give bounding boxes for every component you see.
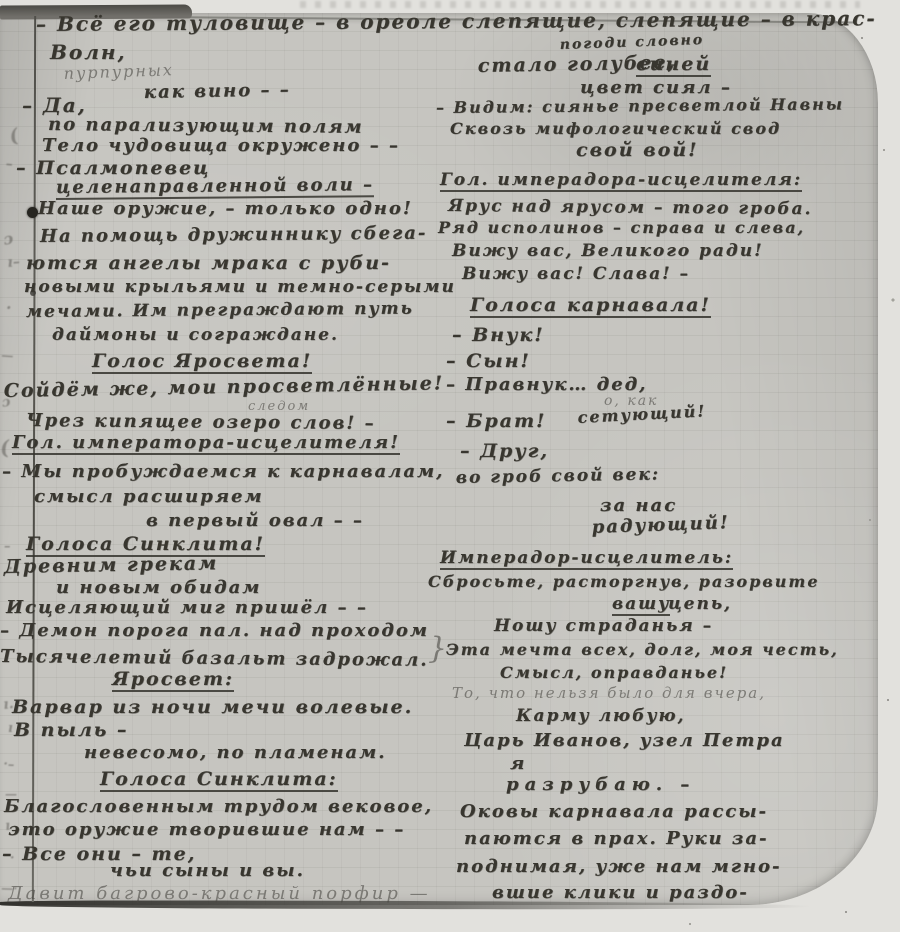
- manuscript-line: Вижу вас, Великого ради!: [452, 243, 764, 260]
- manuscript-line: Тело чудовища окружено – –: [42, 137, 400, 155]
- manuscript-line: Ношу страданья –: [494, 618, 713, 635]
- manuscript-line: новыми крыльями и темно-серыми: [24, 279, 456, 296]
- manuscript-line: Давит багрово-красный порфир —: [8, 885, 431, 903]
- manuscript-line: по парализующим полям: [48, 116, 364, 137]
- manuscript-line: На помощь дружиннику сбега-: [40, 225, 428, 246]
- manuscript-line: сетующий!: [577, 403, 707, 426]
- manuscript-line: как вино – –: [144, 81, 291, 102]
- manuscript-line: смысл расширяем: [34, 488, 264, 506]
- manuscript-line: Сбросьте, расторгнув, разорвите: [428, 574, 820, 590]
- manuscript-line: – Правнук… дед,: [446, 376, 647, 394]
- manuscript-line: в первый овал – –: [146, 512, 364, 530]
- manuscript-line: – Сын!: [446, 352, 531, 371]
- manuscript-line: разрубаю. –: [506, 776, 695, 794]
- manuscript-line: Древним грекам: [4, 554, 219, 577]
- manuscript-line: синей: [636, 55, 711, 77]
- manuscript-line: пурпурных: [63, 62, 174, 82]
- manuscript-line: поднимая, уже нам мгно-: [456, 858, 781, 876]
- manuscript-line: Волн,: [50, 42, 126, 62]
- manuscript-line: свой вой!: [576, 141, 698, 160]
- handwriting-layer: – Всё его туловище – в ореоле слепящие, …: [0, 0, 900, 932]
- manuscript-line: цепь,: [668, 596, 732, 613]
- manuscript-line: Чрез кипящее озеро слов! –: [26, 412, 376, 433]
- manuscript-line: даймоны и сограждане.: [52, 327, 339, 344]
- manuscript-line: Ряд исполинов – справа и слева,: [438, 220, 805, 236]
- manuscript-line: и новым обидам: [56, 579, 261, 597]
- scanned-manuscript-page: (–ɔı–·—ɔ(–·ı.ı·–—ı·—· – Всё его туловище…: [0, 0, 900, 932]
- manuscript-line: Голоса Синклита:: [100, 770, 338, 792]
- manuscript-line: Сквозь мифологический свод: [450, 121, 781, 137]
- manuscript-line: вашу: [612, 596, 670, 616]
- manuscript-line: невесомо, по пламенам.: [84, 744, 386, 762]
- manuscript-line: Ярус над ярусом – того гроба.: [448, 198, 813, 218]
- manuscript-line: это оружие творившие нам – –: [8, 821, 405, 839]
- manuscript-line: – Демон порога пал. над проходом: [0, 622, 429, 640]
- manuscript-line: Варвар из ночи мечи волевые.: [12, 698, 413, 717]
- manuscript-line: – Брат!: [446, 412, 546, 431]
- manuscript-line: Эта мечта всех, долг, моя честь,: [446, 642, 839, 658]
- manuscript-line: Имперадор-исцелитель:: [440, 550, 733, 570]
- manuscript-line: мечами. Им преграждают путь: [26, 301, 414, 321]
- manuscript-line: паются в прах. Руки за-: [464, 830, 769, 848]
- manuscript-line: Оковы карнавала рассы-: [460, 803, 768, 821]
- manuscript-line: чьи сыны и вы.: [110, 862, 305, 880]
- manuscript-line: – Видим: сиянье пресветлой Навны: [436, 96, 844, 116]
- manuscript-line: Смысл, оправданье!: [500, 665, 728, 681]
- manuscript-line: Карму любую,: [516, 708, 685, 725]
- manuscript-line: – Внук!: [452, 326, 545, 345]
- manuscript-line: – Мы пробуждаемся к карнавалам,: [2, 463, 444, 481]
- manuscript-line: вшие клики и раздо-: [492, 884, 749, 902]
- manuscript-line: цвет сиял –: [580, 79, 732, 97]
- manuscript-line: Царь Иванов, узел Петра: [464, 732, 785, 750]
- manuscript-line: Тысячелетий базальт задрожал.: [0, 648, 429, 670]
- manuscript-line: – Да,: [22, 95, 87, 115]
- manuscript-line: Гол. императора-исцелителя!: [12, 434, 400, 455]
- manuscript-line: Вижу вас! Слава! –: [462, 266, 690, 283]
- manuscript-line: Яросвет:: [112, 670, 234, 692]
- manuscript-line: Наше оружие, – только одно!: [38, 200, 413, 218]
- manuscript-line: Благословенным трудом вековое,: [4, 798, 433, 816]
- manuscript-line: ются ангелы мрака с руби-: [26, 254, 391, 273]
- manuscript-line: радующий!: [591, 514, 730, 537]
- manuscript-line: Сойдём же, мои просветлённые!: [4, 374, 445, 401]
- manuscript-line: В пыль –: [14, 721, 128, 740]
- manuscript-line: – Друг,: [460, 442, 549, 461]
- manuscript-line: за нас: [600, 497, 677, 515]
- manuscript-line: погоди словно: [560, 33, 705, 52]
- manuscript-line: во гроб свой век:: [456, 466, 661, 487]
- manuscript-line: я: [510, 755, 526, 773]
- manuscript-line: Гол. имперадора-исцелителя:: [440, 172, 802, 192]
- manuscript-line: целенаправленной воли –: [56, 176, 374, 200]
- manuscript-line: Исцеляющий миг пришёл – –: [6, 599, 368, 617]
- manuscript-line: Голос Яросвета!: [92, 352, 312, 374]
- manuscript-line: То, что нельзя было для вчера,: [452, 686, 766, 701]
- manuscript-line: – Всё его туловище – в ореоле слепящие, …: [36, 8, 877, 34]
- manuscript-line: Голоса карнавала!: [470, 296, 711, 318]
